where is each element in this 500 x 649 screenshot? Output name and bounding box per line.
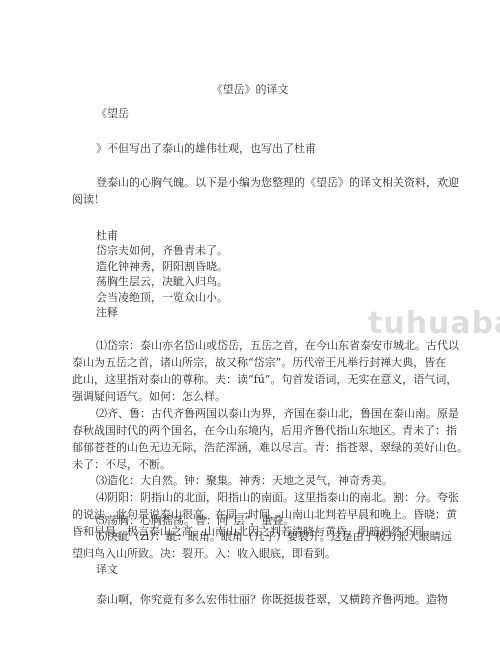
translation-heading: 译文 [96, 563, 118, 576]
note-line: 强调疑问语气。如何：怎么样。 [72, 390, 226, 403]
note-line: 未了：不尽，不断。 [72, 458, 171, 471]
note-line: 春秋战国时代的两个国名，在今山东境内，后用齐鲁代指山东地区。青未了：指 [72, 424, 457, 437]
note-line: ⑶造化：大自然。钟：聚集。神秀：天地之灵气，神奇秀美。 [96, 474, 393, 487]
watermark: tuhuaba.com [368, 306, 500, 341]
intro-line: 登泰山的心胸气魄。以下是小编为您整理的《望岳》的译文相关资料，欢迎 [96, 176, 459, 189]
poem-author: 杜甫 [96, 229, 118, 242]
poem-line: 会当凌绝顶，一览众山小。 [96, 291, 228, 304]
poem-line: 造化钟神秀，阴阳割昏晓。 [96, 260, 228, 273]
note-line: ⑸荡胸：心胸摇荡。曾：同“层”，重叠。 [96, 514, 294, 527]
document-title: 《望岳》的译文 [0, 83, 500, 96]
translation-line: 泰山啊，你究竟有多么宏伟壮丽？你既挺拔苍翠，又横跨齐鲁两地。造物 [96, 593, 448, 606]
intro-line: 《望岳 [96, 107, 129, 120]
note-line: 郁郁苍苍的山色无边无际，浩茫浑涵，难以尽言。青：指苍翠、翠绿的美好山色。 [72, 441, 468, 454]
intro-line: 阅读！ [72, 193, 105, 206]
poem-line: 荡胸生层云，决眦入归鸟。 [96, 275, 228, 288]
note-line: ⑹决眦（zì）：眦：眼角。眼角（几乎）要裂开。这是由于极力张大眼睛远 [96, 530, 452, 543]
notes-heading: 注释 [96, 306, 118, 319]
note-line: 此山，这里指对泰山的尊称。夫：读“fú”。句首发语词，无实在意义，语气词， [72, 373, 457, 386]
poem-line: 岱宗夫如何，齐鲁青未了。 [96, 244, 228, 257]
note-line: ⑷阴阳：阴指山的北面，阳指山的南面。这里指泰山的南北。割：分。夸张 [96, 491, 459, 504]
intro-line: 》不但写出了泰山的雄伟壮观，也写出了杜甫 [96, 142, 316, 155]
note-line: 泰山为五岳之首，诸山所宗，故又称“岱宗”。历代帝王凡举行封禅大典，皆在 [72, 356, 446, 369]
note-line: 望归鸟入山所致。决：裂开。入：收入眼底，即看到。 [72, 547, 336, 560]
document-page: 《望岳》的译文 《望岳 》不但写出了泰山的雄伟壮观，也写出了杜甫 登泰山的心胸气… [0, 0, 500, 649]
note-line: ⑵齐、鲁：古代齐鲁两国以泰山为界，齐国在泰山北，鲁国在泰山南。原是 [96, 407, 459, 420]
